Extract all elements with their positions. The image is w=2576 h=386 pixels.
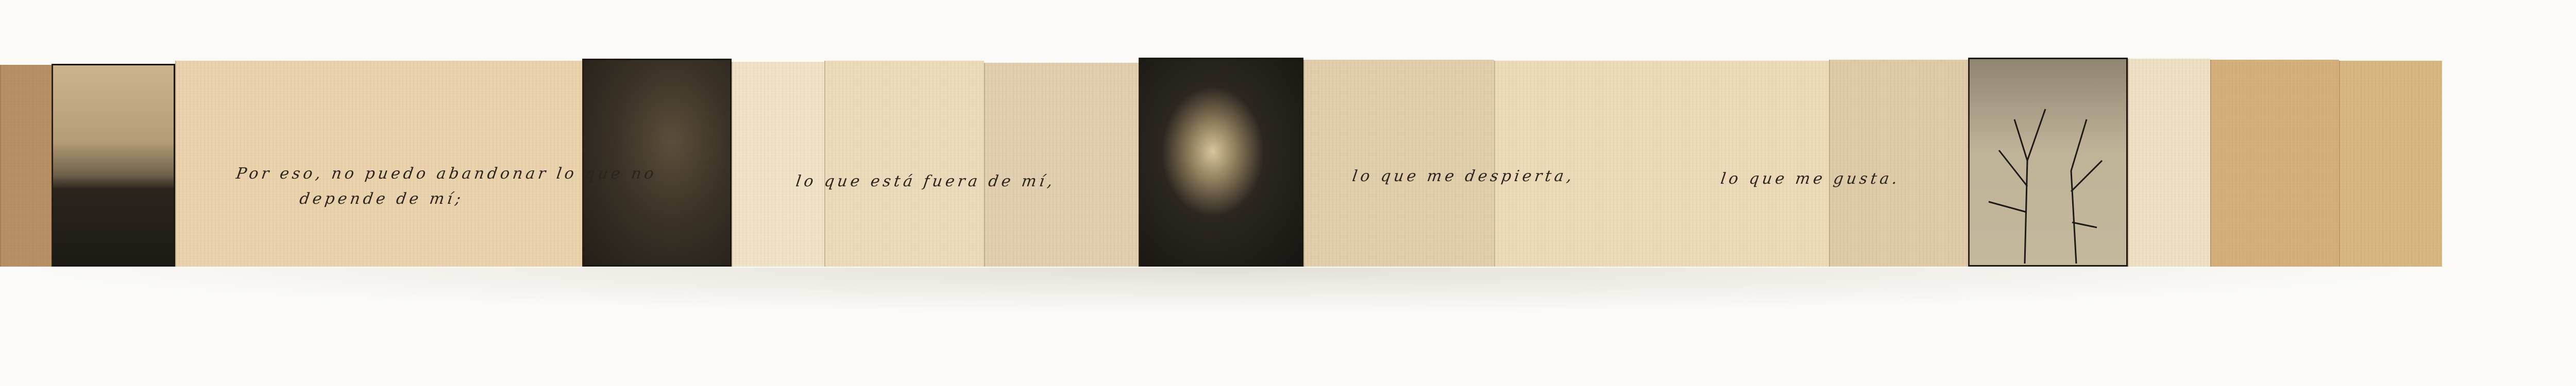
handwritten-line: depende de mí; [231, 190, 654, 208]
handwritten-line: Por eso, no puedo abandonar lo que no [235, 165, 658, 183]
handwritten-text-4: lo que me gusta. [1720, 170, 1902, 188]
handwritten-line: lo que me gusta. [1720, 170, 1902, 188]
handwritten-text-1: Por eso, no puedo abandonar lo que nodep… [231, 165, 658, 208]
handwritten-line: lo que está fuera de mí, [795, 172, 1057, 190]
handwritten-text-3: lo que me despierta, [1351, 167, 1576, 185]
handwritten-text-2: lo que está fuera de mí, [795, 172, 1057, 190]
handwritten-line: lo que me despierta, [1351, 167, 1576, 185]
handwritten-texts: Por eso, no puedo abandonar lo que nodep… [0, 0, 2442, 386]
artwork-photo: Por eso, no puedo abandonar lo que nodep… [0, 0, 2576, 386]
